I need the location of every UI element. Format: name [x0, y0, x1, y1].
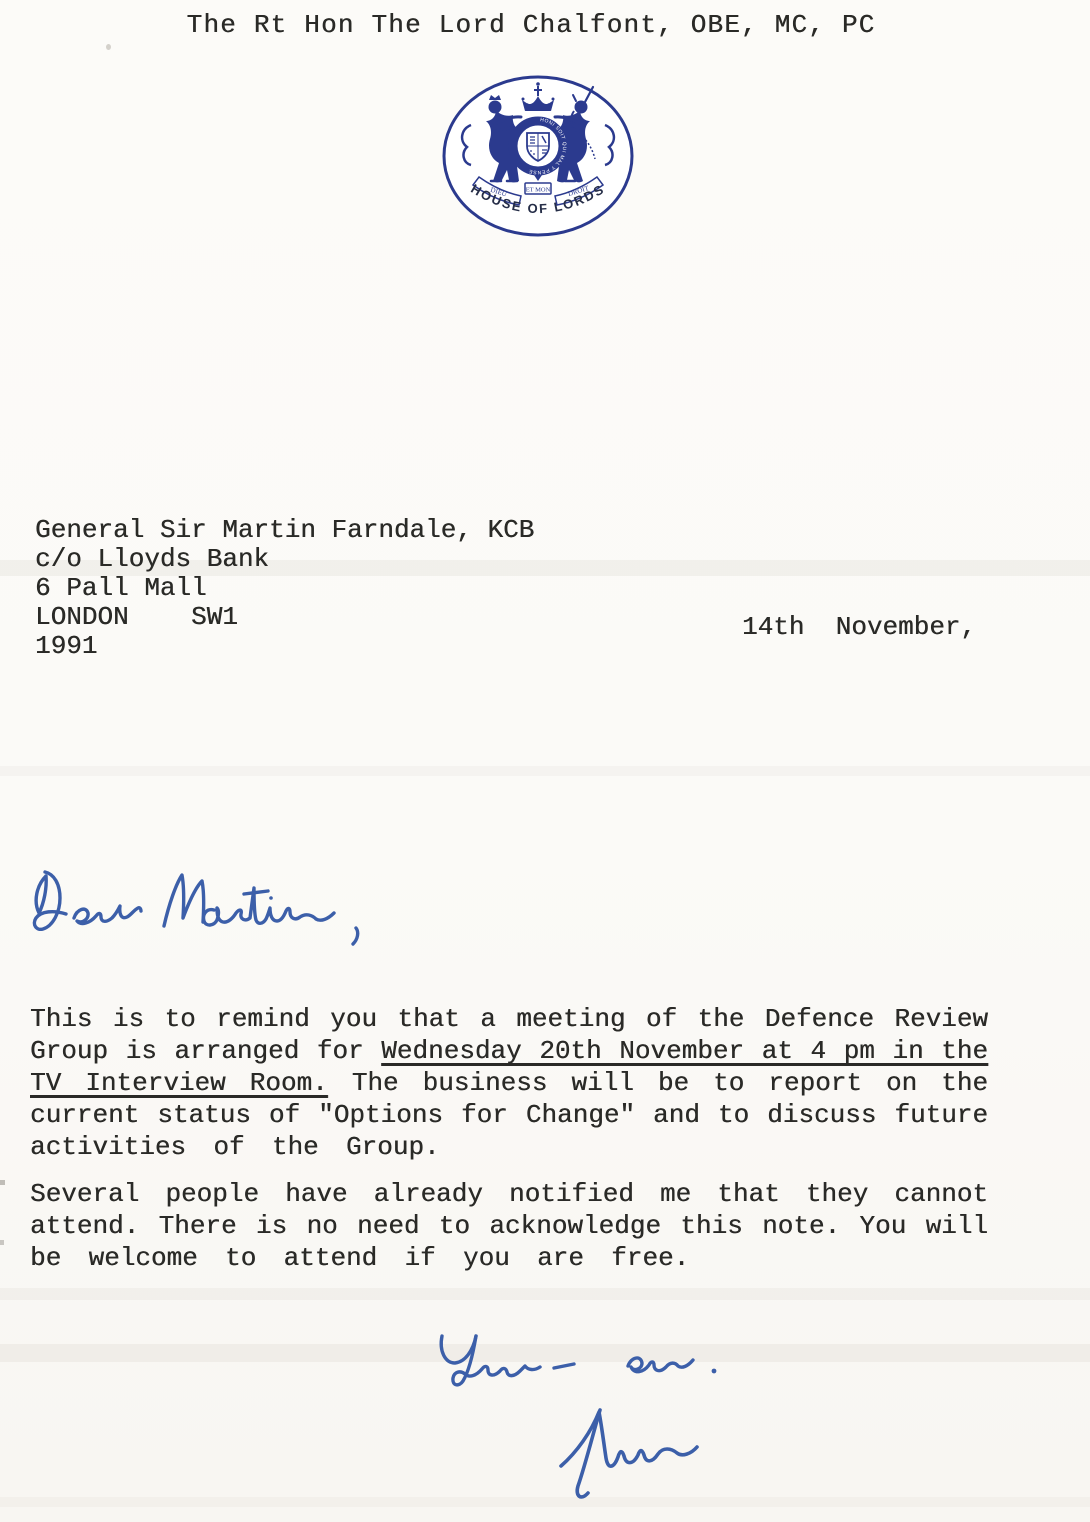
body-paragraph-2: Several people have already notified me … — [30, 1178, 988, 1274]
address-line: 6 Pall Mall — [35, 574, 534, 603]
closing-handwriting — [428, 1324, 728, 1396]
scan-speck — [106, 44, 111, 50]
body-line: current status of "Options for Change" a… — [30, 1099, 988, 1131]
body-line: Group is arranged for Wednesday 20th Nov… — [30, 1035, 988, 1067]
body-line: TV Interview Room. The business will be … — [30, 1067, 988, 1099]
scan-edge-mark — [0, 1240, 4, 1245]
body-paragraph-1: This is to remind you that a meeting of … — [30, 1003, 988, 1163]
body-line: Several people have already notified me … — [30, 1178, 988, 1210]
motto-center: ET MON — [526, 187, 551, 194]
scan-streak — [0, 766, 1090, 776]
scan-streak — [0, 1288, 1090, 1300]
address-line: LONDON SW1 — [35, 603, 534, 632]
letter-page: The Rt Hon The Lord Chalfont, OBE, MC, P… — [0, 0, 1090, 1522]
body-line: activities of the Group. — [30, 1131, 988, 1163]
house-of-lords-crest: HONI SOIT QUI MAL Y PENSE DIEU DROIT ET … — [441, 73, 635, 239]
body-line: This is to remind you that a meeting of … — [30, 1003, 988, 1035]
address-line: c/o Lloyds Bank — [35, 545, 534, 574]
address-line: General Sir Martin Farndale, KCB — [35, 516, 534, 545]
date-line: 14th November, — [742, 612, 976, 642]
signature-handwriting — [545, 1400, 715, 1505]
scan-edge-mark — [0, 1180, 5, 1185]
recipient-address: General Sir Martin Farndale, KCB c/o Llo… — [35, 516, 534, 661]
body-line: be welcome to attend if you are free. — [30, 1242, 988, 1274]
letterhead-title: The Rt Hon The Lord Chalfont, OBE, MC, P… — [0, 10, 1090, 40]
address-line: 1991 — [35, 632, 534, 661]
salutation-handwriting — [18, 858, 388, 953]
body-line: attend. There is no need to acknowledge … — [30, 1210, 988, 1242]
